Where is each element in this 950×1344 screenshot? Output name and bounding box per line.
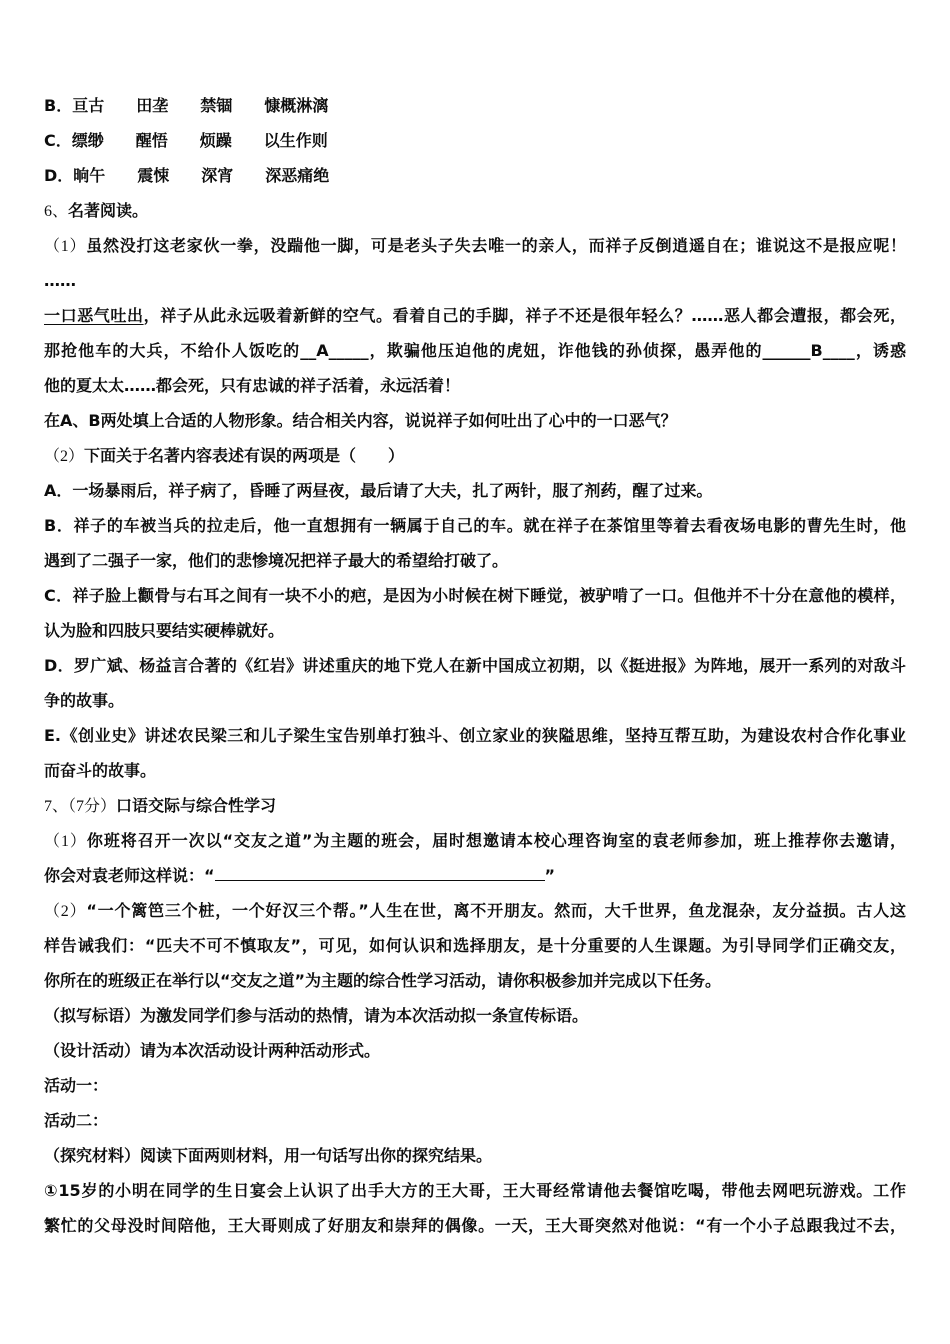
choice-d-continued: 争的故事。 (44, 691, 124, 710)
text-line: 你所在的班级正在举行以“交友之道”为主题的综合性学习活动，请你积极参加并完成以下… (44, 963, 906, 998)
answer-prompt: 你会对袁老师这样说：“ (44, 866, 215, 885)
task-slogan: （拟写标语）为激发同学们参与活动的热情，请为本次活动拟一条宣传标语。 (44, 1006, 588, 1025)
choice-e: E.《创业史》讲述农民梁三和儿子梁生宝告别单打独斗、创立家业的狭隘思维，坚持互帮… (44, 726, 906, 745)
text-line: 活动二： (44, 1103, 906, 1138)
text-line: 活动一： (44, 1068, 906, 1103)
question-6-number: 6、 (44, 203, 68, 220)
sub-question-number: （1） (44, 833, 87, 850)
material-1-text-continued: 繁忙的父母没时间陪他，王大哥则成了好朋友和崇拜的偶像。一天，王大哥突然对他说：“… (44, 1216, 906, 1235)
ellipsis: …… (44, 271, 76, 290)
text-line: （设计活动）请为本次活动设计两种活动形式。 (44, 1033, 906, 1068)
text-line: （2）“一个篱笆三个桩，一个好汉三个帮。”人生在世，离不开朋友。然而，大千世界，… (44, 893, 906, 928)
text-line: C．祥子脸上颧骨与右耳之间有一块不小的疤，是因为小时候在树下睡觉，被驴啃了一口。… (44, 578, 906, 613)
text-line: （探究材料）阅读下面两则材料，用一句话写出你的探究结果。 (44, 1138, 906, 1173)
text-line: （1）虽然没打这老家伙一拳，没踹他一脚，可是老头子失去唯一的亲人，而祥子反倒逍遥… (44, 228, 906, 263)
text-line: 认为脸和四肢只要结实硬棒就好。 (44, 613, 906, 648)
sub-question-number: （2） (44, 448, 84, 465)
text-line: （1）你班将召开一次以“交友之道”为主题的班会，届时想邀请本校心理咨询室的袁老师… (44, 823, 906, 858)
text-line: （2）下面关于名著内容表述有误的两项是（ ） (44, 438, 906, 473)
text-line: 7、（7分）口语交际与综合性学习 (44, 788, 906, 823)
text-line: D．晌午 震悚 深宵 深恶痛绝 (44, 158, 906, 193)
passage-text: ，祥子从此永远吸着新鲜的空气。看着自己的手脚，祥子不还是很年轻么？……恶人都会遭… (144, 306, 906, 325)
sub-question-number: （1） (44, 238, 86, 255)
text-line: 繁忙的父母没时间陪他，王大哥则成了好朋友和崇拜的偶像。一天，王大哥突然对他说：“… (44, 1208, 906, 1243)
text-line: B．亘古 田垄 禁锢 慷概淋漓 (44, 88, 906, 123)
choice-a: A．一场暴雨后，祥子病了，昏睡了两昼夜，最后请了大夫，扎了两针，服了剂药，醒了过… (44, 481, 712, 500)
text-line: 一口恶气吐出，祥子从此永远吸着新鲜的空气。看着自己的手脚，祥子不还是很年轻么？…… (44, 298, 906, 333)
exam-document-page: B．亘古 田垄 禁锢 慷概淋漓C．缥缈 醒悟 烦躁 以生作则D．晌午 震悚 深宵… (0, 0, 950, 1344)
answer-blank (215, 866, 545, 881)
text-line: 6、名著阅读。 (44, 193, 906, 228)
option-c-word-list: C．缥缈 醒悟 烦躁 以生作则 (44, 131, 328, 150)
document-text-block: B．亘古 田垄 禁锢 慷概淋漓C．缥缈 醒悟 烦躁 以生作则D．晌午 震悚 深宵… (44, 88, 906, 1243)
choice-c: C．祥子脸上颧骨与右耳之间有一块不小的疤，是因为小时候在树下睡觉，被驴啃了一口。… (44, 586, 906, 605)
text-line: 他的夏太太……都会死，只有忠诚的祥子活着，永远活着！ (44, 368, 906, 403)
question-7-number: 7、（7分） (44, 798, 116, 815)
text-line: B．祥子的车被当兵的拉走后，他一直想拥有一辆属于自己的车。就在祥子在茶馆里等着去… (44, 508, 906, 543)
text-line: 那抢他车的大兵，不给仆人饭吃的__A_____，欺骗他压迫他的虎妞，诈他钱的孙侦… (44, 333, 906, 368)
task-explore-material: （探究材料）阅读下面两则材料，用一句话写出你的探究结果。 (44, 1146, 492, 1165)
closing-quote: ” (545, 866, 556, 885)
passage-text-with-blanks: 那抢他车的大兵，不给仆人饭吃的__A_____，欺骗他压迫他的虎妞，诈他钱的孙侦… (44, 341, 906, 360)
text-line: C．缥缈 醒悟 烦躁 以生作则 (44, 123, 906, 158)
task-design-activities: （设计活动）请为本次活动设计两种活动形式。 (44, 1041, 380, 1060)
text-line: 而奋斗的故事。 (44, 753, 906, 788)
text-line: …… (44, 263, 906, 298)
choice-b: B．祥子的车被当兵的拉走后，他一直想拥有一辆属于自己的车。就在祥子在茶馆里等着去… (44, 516, 906, 535)
choice-c-continued: 认为脸和四肢只要结实硬棒就好。 (44, 621, 284, 640)
option-d-word-list: D．晌午 震悚 深宵 深恶痛绝 (44, 166, 329, 185)
task-instruction: 在A、B两处填上合适的人物形象。结合相关内容，说说祥子如何吐出了心中的一口恶气？ (44, 411, 677, 430)
question-7-title: 口语交际与综合性学习 (116, 796, 276, 815)
question-stem: 下面关于名著内容表述有误的两项是（ ） (84, 446, 404, 465)
question-text: “一个篱笆三个桩，一个好汉三个帮。”人生在世，离不开朋友。然而，大千世界，鱼龙混… (86, 901, 906, 920)
text-line: 争的故事。 (44, 683, 906, 718)
question-6-title: 名著阅读。 (68, 201, 148, 220)
passage-text: 虽然没打这老家伙一拳，没踹他一脚，可是老头子失去唯一的亲人，而祥子反倒逍遥自在；… (86, 236, 906, 255)
text-line: D．罗广斌、杨益言合著的《红岩》讲述重庆的地下党人在新中国成立初期，以《挺进报》… (44, 648, 906, 683)
text-line: E.《创业史》讲述农民梁三和儿子梁生宝告别单打独斗、创立家业的狭隘思维，坚持互帮… (44, 718, 906, 753)
activity-one-label: 活动一： (44, 1076, 108, 1095)
text-line: 在A、B两处填上合适的人物形象。结合相关内容，说说祥子如何吐出了心中的一口恶气？ (44, 403, 906, 438)
choice-b-continued: 遇到了二强子一家，他们的悲惨境况把祥子最大的希望给打破了。 (44, 551, 508, 570)
option-b-word-list: B．亘古 田垄 禁锢 慷概淋漓 (44, 96, 328, 115)
choice-d: D．罗广斌、杨益言合著的《红岩》讲述重庆的地下党人在新中国成立初期，以《挺进报》… (44, 656, 906, 675)
sub-question-number: （2） (44, 903, 86, 920)
passage-text: 他的夏太太……都会死，只有忠诚的祥子活着，永远活着！ (44, 376, 460, 395)
question-text: 样告诫我们：“匹夫不可不慎取友”，可见，如何认识和选择朋友，是十分重要的人生课题… (44, 936, 906, 955)
text-line: 遇到了二强子一家，他们的悲惨境况把祥子最大的希望给打破了。 (44, 543, 906, 578)
underlined-phrase: 一口恶气吐出 (44, 306, 144, 325)
text-line: 样告诫我们：“匹夫不可不慎取友”，可见，如何认识和选择朋友，是十分重要的人生课题… (44, 928, 906, 963)
question-text: 你班将召开一次以“交友之道”为主题的班会，届时想邀请本校心理咨询室的袁老师参加，… (87, 831, 906, 850)
text-line: 你会对袁老师这样说：“” (44, 858, 906, 893)
text-line: （拟写标语）为激发同学们参与活动的热情，请为本次活动拟一条宣传标语。 (44, 998, 906, 1033)
material-1-text: ①15岁的小明在同学的生日宴会上认识了出手大方的王大哥，王大哥经常请他去餐馆吃喝… (44, 1181, 906, 1200)
activity-two-label: 活动二： (44, 1111, 108, 1130)
question-text: 你所在的班级正在举行以“交友之道”为主题的综合性学习活动，请你积极参加并完成以下… (44, 971, 721, 990)
text-line: ①15岁的小明在同学的生日宴会上认识了出手大方的王大哥，王大哥经常请他去餐馆吃喝… (44, 1173, 906, 1208)
text-line: A．一场暴雨后，祥子病了，昏睡了两昼夜，最后请了大夫，扎了两针，服了剂药，醒了过… (44, 473, 906, 508)
choice-e-continued: 而奋斗的故事。 (44, 761, 156, 780)
